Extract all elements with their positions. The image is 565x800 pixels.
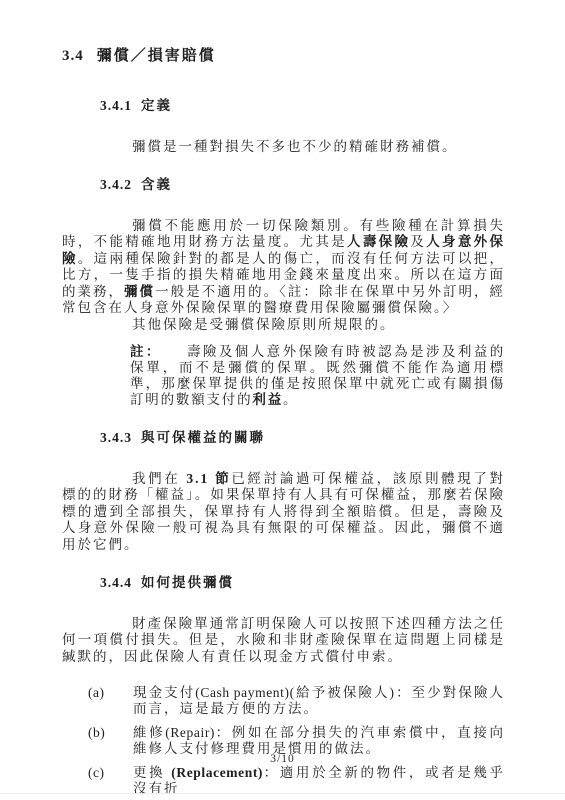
subsection-heading: 3.4.4如何提供彌償 bbox=[100, 575, 505, 592]
paragraph: 彌償不能應用於一切保險類別。有些險種在計算損失時，不能精確地用財務方法量度。尤其… bbox=[62, 218, 505, 317]
list-marker: (a) bbox=[62, 685, 133, 717]
subsection-heading: 3.4.1定義 bbox=[100, 98, 505, 115]
text-run: 及 bbox=[410, 234, 426, 249]
paragraph: 其他保險是受彌償保險原則所規限的。 bbox=[62, 317, 505, 334]
page-number: 3/10 bbox=[0, 751, 565, 768]
section-heading: 3.4彌償／損害賠償 bbox=[62, 47, 505, 66]
document-page: 3.4彌償／損害賠償 3.4.1定義彌償是一種對損失不多也不少的精確財務補償。3… bbox=[0, 0, 565, 800]
list-item: (a)現金支付(Cash payment)(給予被保險人)：至少對保險人而言，這… bbox=[62, 685, 505, 717]
sections: 3.4.1定義彌償是一種對損失不多也不少的精確財務補償。3.4.2含義彌償不能應… bbox=[62, 98, 505, 797]
subsection-number: 3.4.3 bbox=[100, 430, 132, 445]
subsection-title: 如何提供彌償 bbox=[141, 575, 234, 590]
bold-text: 人壽保險 bbox=[347, 234, 410, 249]
note-block: 註： 壽險及個人意外保險有時被認為是涉及利益的保單，而不是彌償的保單。既然彌償不… bbox=[130, 344, 505, 408]
bold-text: 彌償 bbox=[124, 284, 155, 299]
subsection-heading: 3.4.2含義 bbox=[100, 177, 505, 194]
section-title: 彌償／損害賠償 bbox=[97, 48, 216, 64]
subsection-title: 含義 bbox=[141, 177, 172, 192]
paragraph: 我們在 3.1 節已經討論過可保權益，該原則體現了對標的的財務「權益」。如果保單… bbox=[62, 471, 505, 554]
subsection-heading: 3.4.3與可保權益的關聯 bbox=[100, 430, 505, 447]
paragraph: 財產保險單通常訂明保險人可以按照下述四種方法之任何一項償付損失。但是，水險和非財… bbox=[62, 616, 505, 666]
text-run: (Cash payment) bbox=[195, 685, 289, 700]
page-bottom-edge bbox=[0, 793, 565, 794]
section-number: 3.4 bbox=[62, 48, 84, 64]
subsection-number: 3.4.1 bbox=[100, 98, 132, 113]
text-run: 壽險及個人意外保險有時被認為是涉及利益的保單，而不是彌償的保單。既然彌償不能作為… bbox=[130, 344, 505, 407]
bold-text: 3.1 節 bbox=[186, 471, 231, 486]
text-run: 財產保險單通常訂明保險人可以按照下述四種方法之任何一項償付損失。但是，水險和非財… bbox=[62, 616, 505, 664]
subsection-title: 與可保權益的關聯 bbox=[141, 430, 265, 445]
bold-text: 註： bbox=[130, 344, 155, 359]
page-content: 3.4彌償／損害賠償 3.4.1定義彌償是一種對損失不多也不少的精確財務補償。3… bbox=[62, 47, 505, 797]
subsection-number: 3.4.4 bbox=[100, 575, 132, 590]
bold-text: 利益 bbox=[252, 392, 283, 407]
text-run: 其他保險是受彌償保險原則所規限的。 bbox=[132, 317, 396, 332]
subsection-number: 3.4.2 bbox=[100, 177, 132, 192]
text-run: 現金支付 bbox=[133, 685, 195, 700]
text-run: (Repair) bbox=[165, 725, 215, 740]
paragraph: 彌償是一種對損失不多也不少的精確財務補償。 bbox=[62, 139, 505, 156]
text-run: 彌償是一種對損失不多也不少的精確財務補償。 bbox=[132, 139, 458, 154]
text-run: 維修 bbox=[133, 725, 165, 740]
text-run: 我們在 bbox=[132, 471, 186, 486]
list-item-text: 現金支付(Cash payment)(給予被保險人)：至少對保險人而言，這是最方… bbox=[133, 685, 505, 717]
text-run: 已經討論過可保權益，該原則體現了對標的的財務「權益」。如果保單持有人具有可保權益… bbox=[62, 471, 505, 552]
method-list: (a)現金支付(Cash payment)(給予被保險人)：至少對保險人而言，這… bbox=[62, 685, 505, 797]
text-run: 。 bbox=[283, 392, 298, 407]
subsection-title: 定義 bbox=[141, 98, 172, 113]
